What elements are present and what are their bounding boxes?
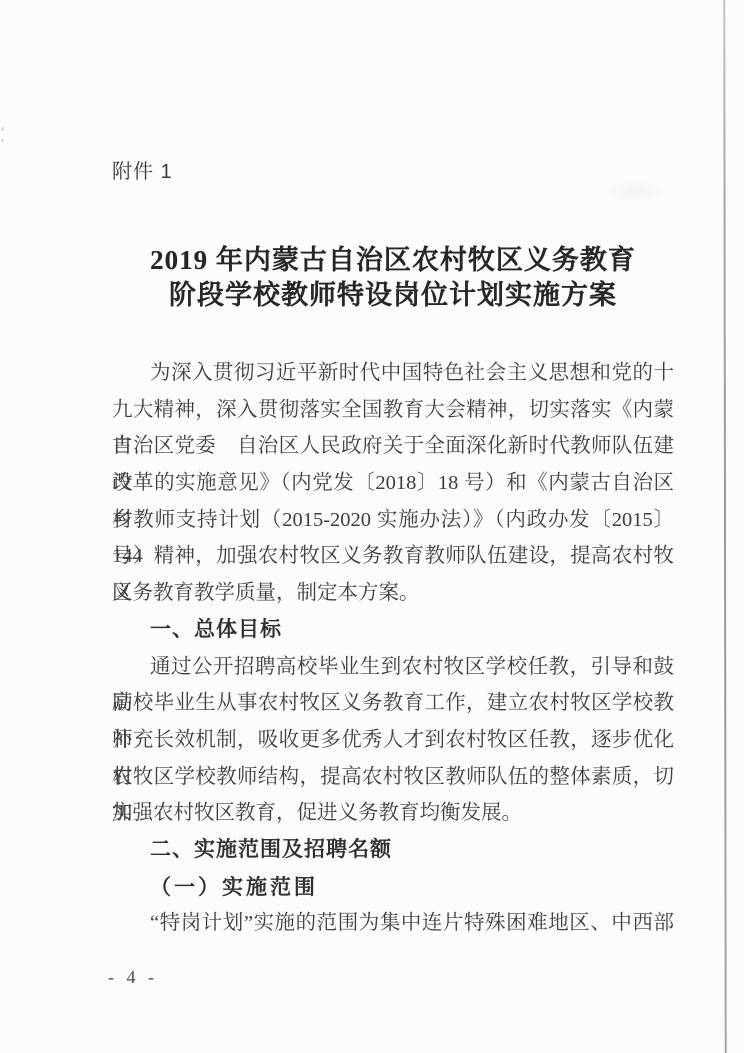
paragraph-2-line: 补充长效机制，吸收更多优秀人才到农村牧区任教，逐步优化农 (112, 722, 674, 759)
title-line-1: 2019 年内蒙古自治区农村牧区义务教育 (112, 243, 674, 278)
paragraph-2-line: 加强农村牧区教育，促进义务教育均衡发展。 (112, 795, 674, 832)
scan-speck (1, 127, 4, 131)
paragraph-2-line: 高校毕业生从事农村牧区义务教育工作，建立农村牧区学校教师 (112, 685, 674, 722)
scan-smudge (600, 178, 670, 204)
paragraph-3-line: “特岗计划”实施的范围为集中连片特殊困难地区、中西部 (112, 905, 674, 942)
paragraph-1-line: 九大精神，深入贯彻落实全国教育大会精神，切实落实《内蒙古 (112, 392, 674, 429)
document-title: 2019 年内蒙古自治区农村牧区义务教育 阶段学校教师特设岗位计划实施方案 (112, 243, 674, 313)
paragraph-2-line: 村牧区学校教师结构，提高农村牧区教师队伍的整体素质，切实 (112, 759, 674, 796)
paragraph-1-line: 自治区党委 自治区人民政府关于全面深化新时代教师队伍建设 (112, 428, 674, 465)
scan-speck (1, 139, 4, 142)
scan-edge-line (723, 0, 726, 1053)
document-body: 为深入贯彻习近平新时代中国特色社会主义思想和党的十 九大精神，深入贯彻落实全国教… (112, 355, 674, 942)
paragraph-1-line: 为深入贯彻习近平新时代中国特色社会主义思想和党的十 (112, 355, 674, 392)
paragraph-1-line: 义务教育教学质量，制定本方案。 (112, 575, 674, 612)
paragraph-1-line: 号）精神，加强农村牧区义务教育教师队伍建设，提高农村牧区 (112, 538, 674, 575)
attachment-label: 附件 1 (112, 160, 173, 184)
page-number: - 4 - (108, 966, 158, 988)
paragraph-1-line: 改革的实施意见》（内党发〔2018〕18 号）和《内蒙古自治区乡 (112, 465, 674, 502)
scanned-document-page: 附件 1 2019 年内蒙古自治区农村牧区义务教育 阶段学校教师特设岗位计划实施… (0, 0, 744, 1053)
subsection-heading-2-1: （一）实施范围 (112, 869, 674, 906)
paragraph-1-line: 村教师支持计划（2015-2020 实施办法）》（内政办发〔2015〕144 (112, 502, 674, 539)
section-heading-2: 二、实施范围及招聘名额 (112, 832, 674, 869)
section-heading-1: 一、总体目标 (112, 612, 674, 649)
title-line-2: 阶段学校教师特设岗位计划实施方案 (112, 278, 674, 313)
paragraph-2-line: 通过公开招聘高校毕业生到农村牧区学校任教，引导和鼓励 (112, 649, 674, 686)
